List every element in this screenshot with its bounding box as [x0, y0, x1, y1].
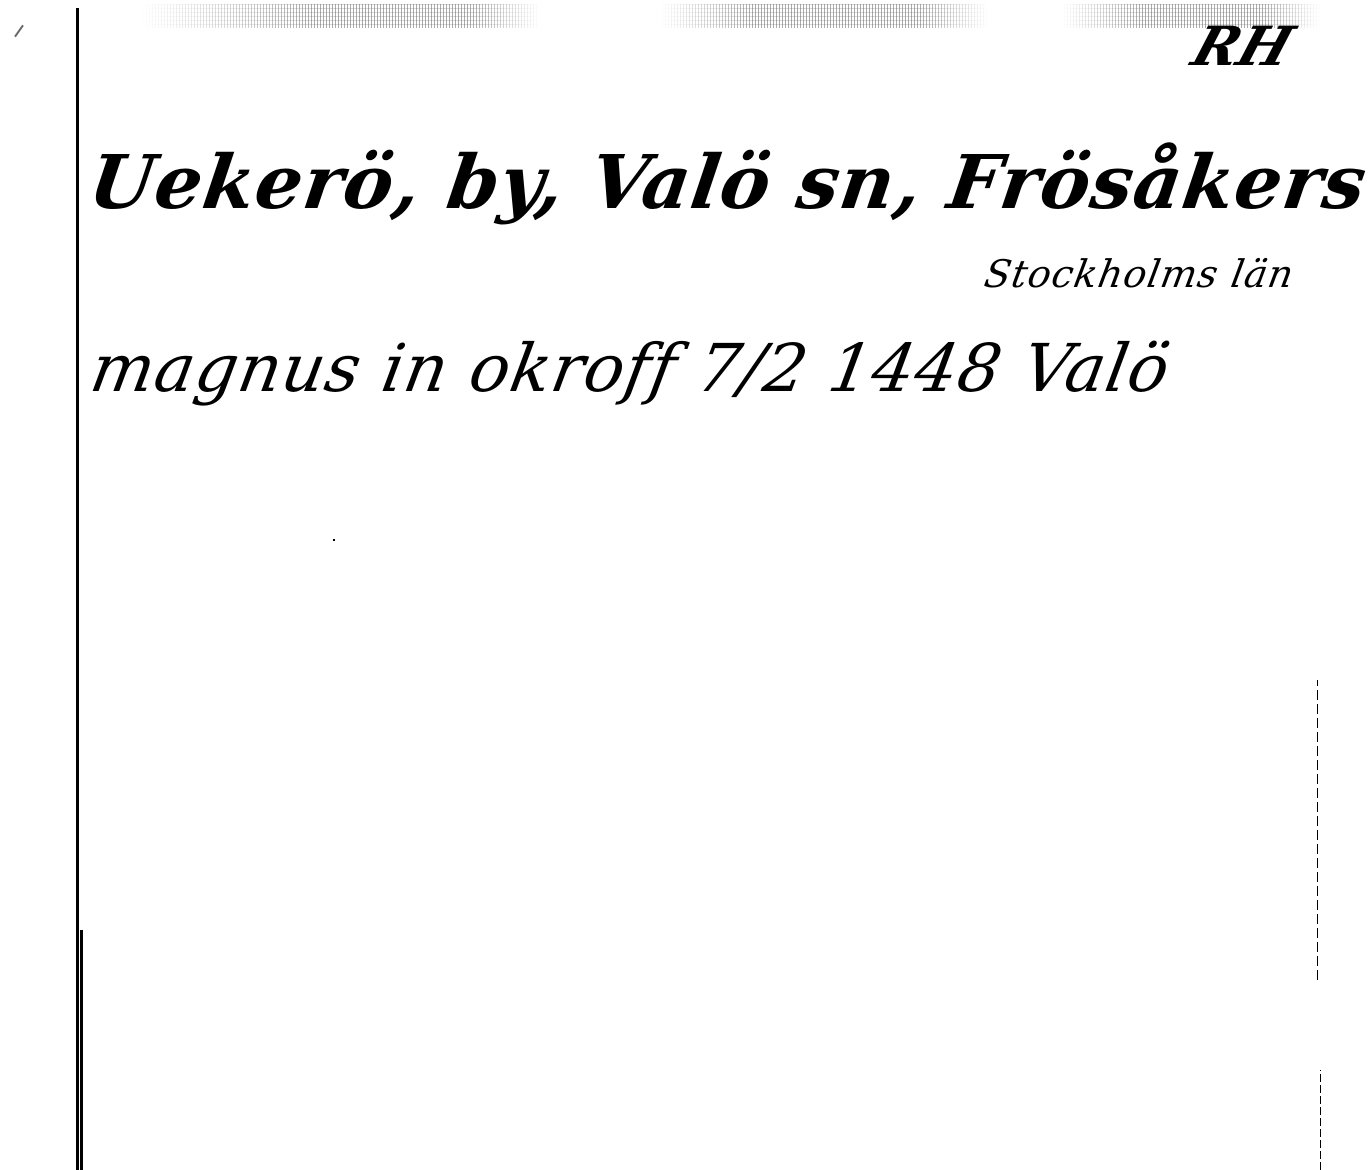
right-edge-line — [1317, 680, 1318, 980]
archive-card: RH Uekerö, by, Valö sn, Frösåkers hd Sto… — [0, 0, 1368, 1170]
entry-citation-line: magnus in okroff 7/2 1448 Valö — [85, 330, 1176, 407]
scan-speck — [333, 539, 335, 541]
left-margin-line — [76, 8, 79, 1170]
left-margin-line-lower — [80, 930, 83, 1170]
scan-artifact-top — [140, 4, 1320, 28]
entry-heading-line: Uekerö, by, Valö sn, Frösåkers hd — [84, 140, 1368, 226]
scan-artifact-corner — [14, 25, 24, 38]
entry-heading-annotation: Stockholms län — [981, 252, 1298, 296]
right-edge-line-lower — [1320, 1070, 1321, 1170]
initials-signature: RH — [1185, 14, 1302, 78]
